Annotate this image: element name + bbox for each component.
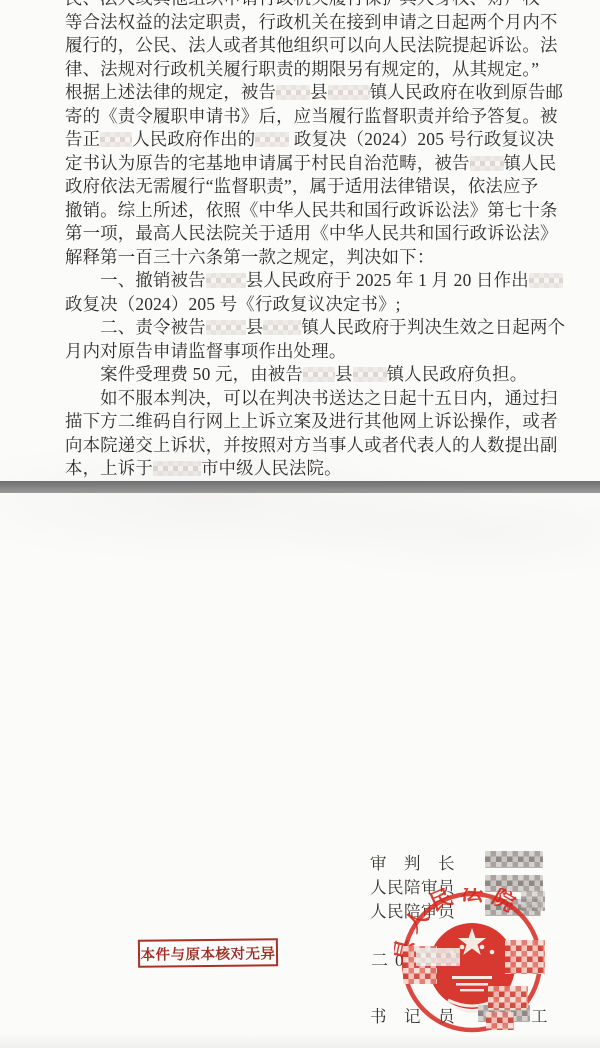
presiding-judge-name-redaction — [485, 851, 543, 868]
body-line: 政府依法无需履行“监督职责”，属于适用法律错误，依法应予 — [65, 175, 549, 199]
judgment-body-text: 民、法人或其他组织申请行政机关履行保护其人身权、财产权等合法权益的法定职责，行政… — [65, 0, 549, 481]
body-line: 撤销。综上所述，依照《中华人民共和国行政诉讼法》第七十条 — [65, 199, 549, 223]
body-line: 二、责令被告县镇人民政府于判决生效之日起两个 — [65, 316, 549, 340]
body-line: 律、法规对行政机关履行职责的期限另有规定的，从其规定。” — [65, 58, 549, 82]
body-text-segment: 县人民政府于 2025 年 1 月 20 日作出 — [246, 270, 529, 290]
body-text-segment: 民、法人或其他组织申请行政机关履行保护其人身权、财产权 — [65, 0, 540, 8]
presiding-judge-label: 审 判 长 — [370, 854, 455, 873]
redaction-block — [470, 156, 504, 171]
body-text-segment: 镇人民 — [504, 153, 557, 173]
body-line: 民、法人或其他组织申请行政机关履行保护其人身权、财产权 — [65, 0, 549, 11]
body-text-segment: 等合法权益的法定职责，行政机关在接到申请之日起两个月内不 — [65, 12, 558, 32]
redaction-block — [263, 320, 301, 335]
body-text-segment: 政府依法无需履行“监督职责”，属于适用法律错误，依法应予 — [65, 176, 538, 196]
verification-stamp-text: 本件与原本核对无异 — [140, 942, 275, 964]
body-line: 履行的，公民、法人或者其他组织可以向人民法院提起诉讼。法 — [65, 34, 549, 58]
body-text-segment: 月内对原告申请监督事项作出处理。 — [65, 341, 346, 361]
body-text-segment: 镇人民政府负担。 — [387, 364, 528, 384]
body-text-segment: 案件受理费 50 元，由被告 — [65, 364, 303, 384]
seal-redaction-bottom-right — [488, 986, 528, 1010]
redaction-block — [529, 273, 563, 288]
body-line: 根据上述法律的规定，被告县镇人民政府在收到原告邮 — [65, 81, 549, 105]
body-text-segment: 人民政府作出的 — [132, 129, 255, 149]
body-line: 本，上诉于市中级人民法院。 — [65, 457, 549, 481]
body-text-segment: 市中级人民法院。 — [201, 458, 342, 478]
redaction-block — [353, 367, 387, 382]
body-text-segment: 本，上诉于 — [65, 458, 153, 478]
body-line: 解释第一百三十六条第一款之规定，判决如下： — [65, 246, 549, 270]
date-redaction-left — [416, 948, 460, 966]
court-judgment-document: 民、法人或其他组织申请行政机关履行保护其人身权、财产权等合法权益的法定职责，行政… — [0, 0, 600, 1048]
redaction-block — [303, 367, 335, 382]
body-text-segment: 第一项，最高人民法院关于适用《中华人民共和国行政诉讼法》 — [65, 223, 558, 243]
body-text-segment: 解释第一百三十六条第一款之规定，判决如下： — [65, 247, 434, 267]
body-text-segment: 向本院递交上诉状，并按照对方当事人或者代表人的人数提出副 — [65, 435, 558, 455]
redaction-block — [276, 85, 310, 100]
body-text-segment: 定书认为原告的宅基地申请属于村民自治范畴，被告 — [65, 153, 470, 173]
verification-stamp: 本件与原本核对无异 — [138, 938, 278, 967]
clerk-row: 书 记 员 工 — [370, 1003, 570, 1023]
body-text-segment: 政复决（2024）205 号《行政复议决定书》; — [65, 294, 401, 314]
body-line: 如不服本判决，可以在判决书送达之日起十五日内，通过扫 — [65, 387, 549, 411]
clerk-name-tail: 工 — [531, 1003, 548, 1027]
body-text-segment: 告正 — [65, 129, 100, 149]
body-text-segment: 描下方二维码自行网上上诉立案及进行其他网上诉讼操作，或者 — [65, 411, 558, 431]
presiding-judge-row: 审 判 长 — [370, 850, 570, 870]
body-text-segment: 律、法规对行政机关履行职责的期限另有规定的，从其规定。” — [65, 59, 539, 79]
body-line: 政复决（2024）205 号《行政复议决定书》; — [65, 293, 549, 317]
redaction-block — [100, 132, 132, 147]
body-line: 月内对原告申请监督事项作出处理。 — [65, 340, 549, 364]
redaction-block — [206, 320, 246, 335]
body-text-segment: 镇人民政府于判决生效之日起两个 — [301, 317, 565, 337]
seal-redaction-right — [505, 940, 545, 974]
body-text-segment: 履行的，公民、法人或者其他组织可以向人民法院提起诉讼。法 — [65, 35, 558, 55]
body-text-segment: 如不服本判决，可以在判决书送达之日起十五日内，通过扫 — [65, 388, 558, 408]
body-text-segment: 一、撤销被告 — [65, 270, 206, 290]
body-line: 向本院递交上诉状，并按照对方当事人或者代表人的人数提出副 — [65, 434, 549, 458]
body-text-segment: 镇人民政府在收到原告邮 — [370, 82, 564, 102]
body-line: 定书认为原告的宅基地申请属于村民自治范畴，被告镇人民 — [65, 152, 549, 176]
redaction-block — [255, 132, 289, 147]
body-text-segment: 撤销。综上所述，依照《中华人民共和国行政诉讼法》第七十条 — [65, 200, 558, 220]
body-text-segment: 根据上述法律的规定，被告 — [65, 82, 276, 102]
redaction-block — [206, 273, 246, 288]
body-text-segment: 寄的《责令履职申请书》后，应当履行监督职责并给予答复。被 — [65, 106, 558, 126]
body-text-segment: 县 — [246, 317, 264, 337]
body-line: 一、撤销被告县人民政府于 2025 年 1 月 20 日作出 — [65, 269, 549, 293]
body-line: 寄的《责令履职申请书》后，应当履行监督职责并给予答复。被 — [65, 105, 549, 129]
body-line: 等合法权益的法定职责，行政机关在接到申请之日起两个月内不 — [65, 11, 549, 35]
redaction-block — [328, 85, 370, 100]
body-line: 第一项，最高人民法院关于适用《中华人民共和国行政诉讼法》 — [65, 222, 549, 246]
seal-redaction-bottom — [486, 1012, 514, 1030]
page-divider — [0, 481, 600, 493]
body-line: 告正人民政府作出的 政复决（2024）205 号行政复议决 — [65, 128, 549, 152]
name-redaction-overlap — [521, 891, 545, 911]
redaction-block — [153, 461, 201, 476]
body-text-segment: 县 — [335, 364, 353, 384]
body-text-segment: 政复决（2024）205 号行政复议决 — [289, 129, 554, 149]
body-line: 描下方二维码自行网上上诉立案及进行其他网上诉讼操作，或者 — [65, 410, 549, 434]
body-line: 案件受理费 50 元，由被告县镇人民政府负担。 — [65, 363, 549, 387]
body-text-segment: 县 — [310, 82, 328, 102]
clerk-label: 书 记 员 — [370, 1007, 455, 1026]
body-text-segment: 二、责令被告 — [65, 317, 206, 337]
